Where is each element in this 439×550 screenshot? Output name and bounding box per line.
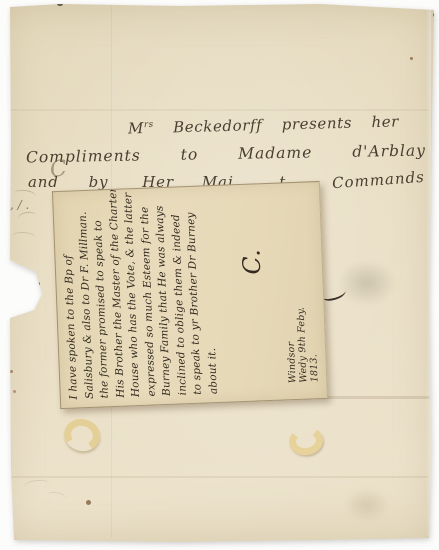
note-signature-initial: C. [236, 188, 267, 275]
letter-line1-initial: M [128, 119, 144, 137]
letter-line4-fragment: , / . [10, 198, 29, 212]
letter-line3-commands: Commands [331, 168, 425, 192]
letter-line1-text: Beckedorff presents her [154, 112, 400, 136]
speck-top-right [433, 13, 437, 17]
grey-stain [338, 260, 396, 306]
wafer-crescent-icon [287, 425, 325, 457]
note-dateline: Windsor Wedy 9th Feby. 1813. [280, 186, 320, 383]
speck-bottom-left [86, 500, 91, 505]
pen-stroke-under-note [321, 286, 347, 303]
showthrough-squiggle [24, 479, 51, 492]
speck-top-edge [57, 2, 63, 6]
wafer-arc-icon [61, 415, 104, 455]
right-edge-highlight [426, 8, 431, 536]
showthrough-squiggle [17, 211, 36, 224]
red-wax-speck [36, 282, 40, 286]
speck-right [410, 57, 413, 60]
manuscript-photo: Mrs Beckedorff presents her Compliments … [0, 0, 439, 550]
letter-line1-superscript: rs [144, 120, 154, 130]
letter-line-2: Compliments to Madame d'Arblay [26, 142, 426, 167]
speck-left-2 [13, 390, 16, 393]
pasted-note-slip: I have spoken to the Bp of Salisbury & a… [52, 181, 328, 409]
letter-line-1: Mrs Beckedorff presents her [128, 112, 399, 137]
faint-stain-bottom-right [344, 488, 390, 522]
speck-left-1 [9, 370, 13, 373]
showthrough-c-flourish: C [48, 156, 68, 183]
embossed-wafer-seal-right [289, 427, 325, 453]
crease-right-of-note [320, 396, 430, 399]
showthrough-squiggle [45, 490, 66, 503]
embossed-wafer-seal-left [64, 419, 102, 449]
horizontal-fold-crease-bottom [10, 476, 428, 478]
horizontal-fold-crease-top [10, 109, 430, 111]
showthrough-squiggle [12, 231, 37, 243]
note-rotated-text: I have spoken to the Bp of Salisbury & a… [59, 186, 321, 400]
